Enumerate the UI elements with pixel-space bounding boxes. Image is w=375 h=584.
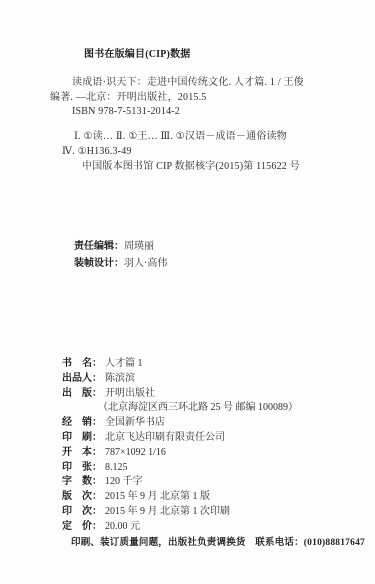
copyright-page: 图书在版编目(CIP)数据 读成语·识天下：走进中国传统文化. 人才篇. 1 /… [0,0,375,584]
price-value: 20.00 元 [105,517,140,532]
producer-row: 出品人：陈滨滨 [62,369,359,384]
book-title-label: 书 名： [62,354,102,369]
sheets-value: 8.125 [105,462,128,473]
edition-value: 2015 年 9 月 北京第 1 版 [105,487,210,502]
edition-label: 版 次： [62,487,102,502]
printer-value: 北京飞达印刷有限责任公司 [105,428,225,443]
impression-row: 印 次：2015 年 9 月 北京第 1 次印刷 [62,502,359,517]
format-value: 787×1092 1/16 [105,447,166,458]
producer-label: 出品人： [62,369,102,384]
impression-value: 2015 年 9 月 北京第 1 次印刷 [105,502,230,517]
cip-classification-line-2: Ⅳ. ①H136.3-49 [62,146,132,158]
designer-row: 装帧设计：羽人·高伟 [64,243,167,280]
colophon: 书 名：人才篇 1 出品人：陈滨滨 出 版：开明出版社 （北京海淀区西三环北路 … [62,354,359,532]
cip-record-number: 中国版本图书馆 CIP 数据核字(2015)第 115622 号 [82,161,300,173]
cip-classification-line-1: Ⅰ. ①读… Ⅱ. ①王… Ⅲ. ①汉语－成语－通俗读物 [74,131,287,143]
word-count-label: 字 数： [62,472,102,487]
price-label: 定 价： [62,517,102,532]
isbn-number: ISBN 978-7-5131-2014-2 [72,106,180,118]
cip-entry-line-1: 读成语·识天下：走进中国传统文化. 人才篇. 1 / 王俊 [72,77,304,89]
designer-label: 装帧设计： [74,258,124,269]
book-title-value: 人才篇 1 [105,354,143,369]
distributor-value: 全国新华书店 [105,413,165,428]
format-label: 开 本： [62,443,102,458]
edition-row: 版 次：2015 年 9 月 北京第 1 版 [62,487,359,502]
cip-entry-line-2: 编著. —北京：开明出版社，2015.5 [50,92,207,104]
sheets-label: 印 张： [62,458,102,473]
quality-notice: 印刷、装订质量问题，出版社负责调换货 联系电话：(010)88817647 [71,534,365,548]
designer-name: 羽人·高伟 [124,258,167,269]
printer-label: 印 刷： [62,428,102,443]
producer-value: 陈滨滨 [105,369,135,384]
publisher-value: 开明出版社 [105,384,155,399]
distributor-label: 经 销： [62,413,102,428]
cip-heading: 图书在版编目(CIP)数据 [84,49,190,61]
format-row: 开 本：787×1092 1/16 [62,443,359,458]
impression-label: 印 次： [62,502,102,517]
distributor-row: 经 销：全国新华书店 [62,413,359,428]
word-count-value: 120 千字 [105,472,143,487]
word-count-row: 字 数：120 千字 [62,472,359,487]
book-title-row: 书 名：人才篇 1 [62,354,359,369]
price-row: 定 价：20.00 元 [62,517,359,532]
publisher-address: （北京海淀区西三环北路 25 号 邮编 100089） [62,398,359,413]
sheets-row: 印 张：8.125 [62,458,359,473]
printer-row: 印 刷：北京飞达印刷有限责任公司 [62,428,359,443]
publisher-row: 出 版：开明出版社 [62,384,359,399]
publisher-label: 出 版： [62,384,102,399]
